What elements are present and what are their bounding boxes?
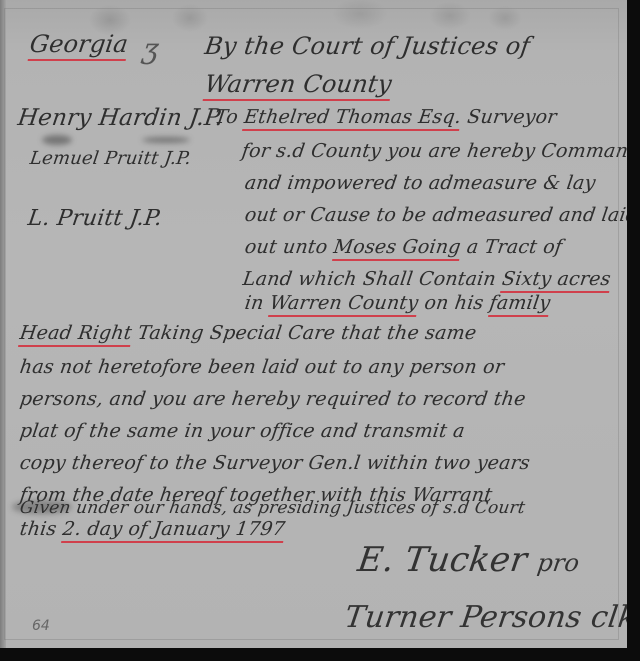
- justice-3: L. Pruitt J.P.: [26, 206, 164, 231]
- head-right: Head Right: [18, 322, 133, 347]
- signature-persons: Turner Persons clk: [343, 600, 627, 635]
- justice-1: Henry Hardin J.P.: [16, 105, 225, 131]
- body-line-10: persons, and you are hereby required to …: [18, 388, 527, 410]
- body-line-9: has not heretofore been laid out to any …: [18, 356, 505, 378]
- family-word: family: [488, 292, 552, 317]
- body-line-11: plat of the same in your office and tran…: [18, 420, 466, 442]
- ink-smudge: [42, 135, 72, 145]
- body-line-7: in Warren County on his family: [243, 292, 551, 314]
- acreage: Sixty acres: [500, 268, 612, 293]
- state-name: Georgia: [28, 30, 130, 61]
- body-line-2: for s.d County you are hereby Commanded: [240, 140, 627, 162]
- document-page: Georgia Ʒ By the Court of Justices of Wa…: [0, 0, 627, 648]
- ink-smudge: [142, 137, 190, 143]
- body-line-4: out or Cause to be admeasured and laid: [243, 204, 627, 226]
- date: 2. day of January 1797: [61, 518, 287, 543]
- body-line-6: Land which Shall Contain Sixty acres: [241, 268, 612, 290]
- signature-tucker: E. Tucker pro: [355, 540, 582, 580]
- body-line-1: To Ethelred Thomas Esq. Surveyor: [213, 106, 558, 128]
- body-line-5: out unto Moses Going a Tract of: [243, 236, 563, 258]
- page-edge: [0, 0, 6, 648]
- body-line-3: and impowered to admeasure & lay: [243, 172, 597, 194]
- justice-2: Lemuel Pruitt J.P.: [29, 148, 193, 169]
- body-line-12: copy thereof to the Surveyor Gen.l withi…: [18, 452, 531, 474]
- bracket-mark: Ʒ: [140, 38, 161, 71]
- page-number: 64: [32, 618, 50, 634]
- land-county: Warren County: [268, 292, 420, 317]
- grantee-name: Moses Going: [332, 236, 462, 261]
- body-line-14: Given under our hands, as presiding Just…: [19, 498, 527, 518]
- county-name: Warren County: [203, 70, 394, 101]
- county-heading: Warren County: [203, 70, 394, 98]
- state-label: Georgia: [28, 30, 130, 58]
- body-line-15: this 2. day of January 1797: [18, 518, 286, 540]
- court-heading: By the Court of Justices of: [203, 32, 532, 60]
- surveyor-name: Ethelred Thomas Esq.: [242, 106, 462, 131]
- body-line-8: Head Right Taking Special Care that the …: [18, 322, 477, 344]
